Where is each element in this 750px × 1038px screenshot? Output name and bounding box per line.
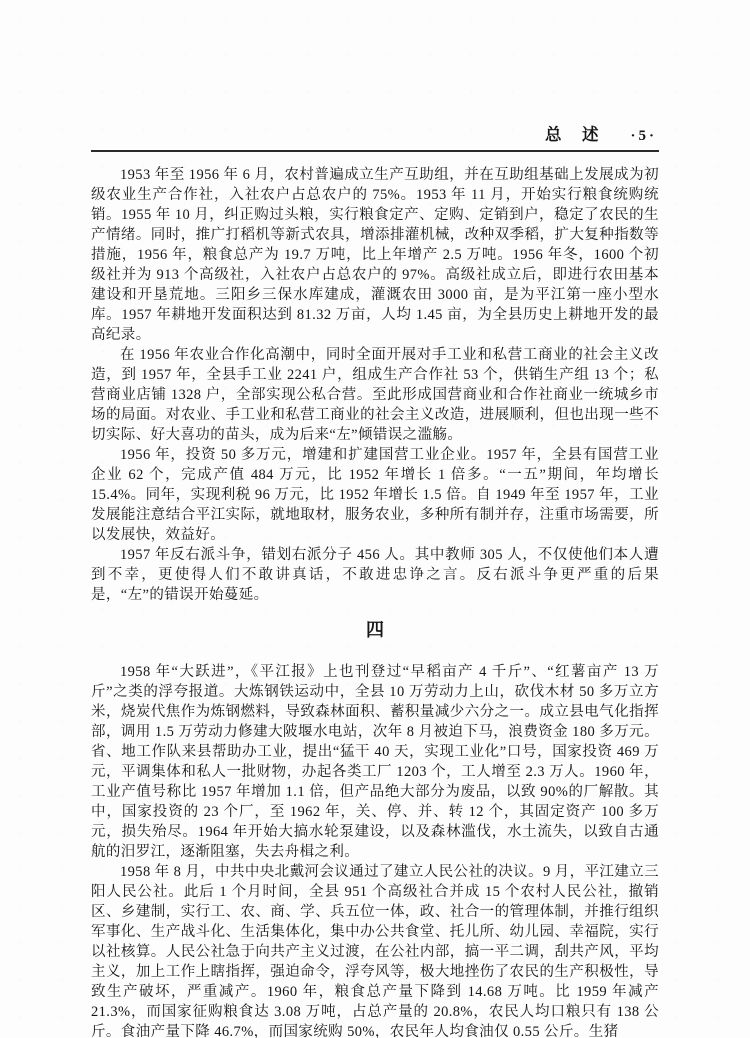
paragraph-3: 1956 年，投资 50 多万元，增建和扩建国营工业企业。1957 年，全县有国…: [91, 445, 659, 545]
paragraph-6: 1958 年 8 月，中共中央北戴河会议通过了建立人民公社的决议。9 月，平江建…: [91, 862, 659, 1038]
header-rule: [91, 150, 659, 152]
section-heading: 四: [91, 618, 659, 642]
paragraph-2: 在 1956 年农业合作化高潮中，同时全面开展对手工业和私营工商业的社会主义改造…: [91, 345, 659, 445]
paragraph-1: 1953 年至 1956 年 6 月，农村普遍成立生产互助组，并在互助组基础上发…: [91, 165, 659, 345]
page-header: 总 述 ·5·: [91, 121, 659, 145]
paragraph-4: 1957 年反右派斗争，错划右派分子 456 人。其中教师 305 人，不仅使他…: [91, 545, 659, 605]
body-text: 1953 年至 1956 年 6 月，农村普遍成立生产互助组，并在互助组基础上发…: [91, 165, 659, 1038]
paragraph-5: 1958 年“大跃进”，《平江报》上也刊登过“早稻亩产 4 千斤”、“红薯亩产 …: [91, 662, 659, 862]
running-title: 总 述: [545, 121, 601, 145]
page-number: ·5·: [630, 128, 657, 145]
book-page: 总 述 ·5· 1953 年至 1956 年 6 月，农村普遍成立生产互助组，并…: [91, 0, 659, 1038]
